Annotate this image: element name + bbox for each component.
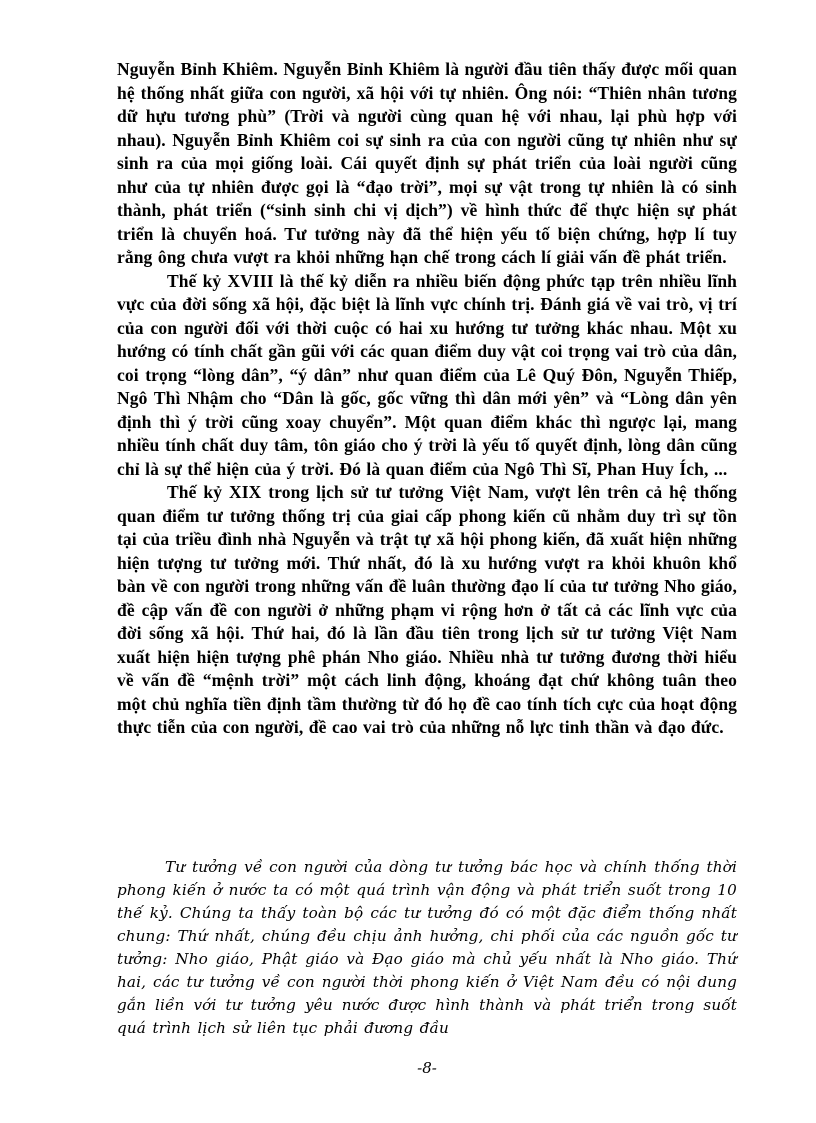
body-text: Nguyễn Bỉnh Khiêm. Nguyễn Bỉnh Khiêm là … (117, 58, 737, 740)
document-page: Nguyễn Bỉnh Khiêm. Nguyễn Bỉnh Khiêm là … (0, 0, 816, 1123)
paragraph-18th-century: Thế kỷ XVIII là thế kỷ diễn ra nhiều biế… (117, 270, 737, 482)
paragraph-19th-century: Thế kỷ XIX trong lịch sử tư tưởng Việt N… (117, 481, 737, 740)
page-number: -8- (117, 1057, 737, 1079)
summary-text: Tư tưởng về con người của dòng tư tưởng … (117, 856, 737, 1040)
paragraph-nguyen-binh-khiem: Nguyễn Bỉnh Khiêm. Nguyễn Bỉnh Khiêm là … (117, 58, 737, 270)
paragraph-summary-italic: Tư tưởng về con người của dòng tư tưởng … (117, 856, 737, 1040)
